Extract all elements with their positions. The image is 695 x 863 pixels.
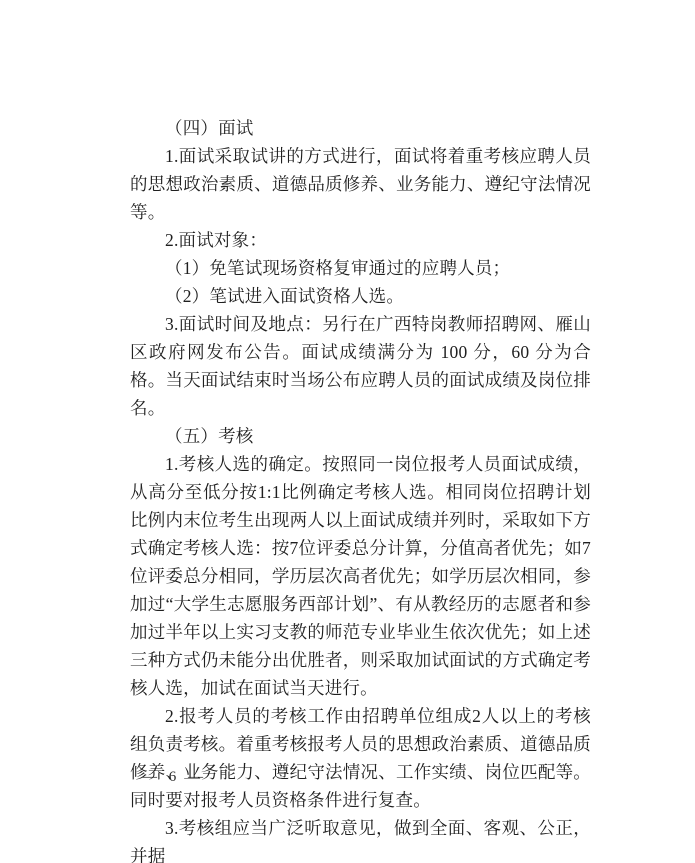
- section-heading-assessment: （五）考核: [130, 422, 591, 450]
- paragraph-interview-method: 1.面试采取试讲的方式进行，面试将着重考核应聘人员的思想政治素质、道德品质修养、…: [130, 142, 591, 226]
- paragraph-interview-targets: 2.面试对象：: [130, 226, 591, 254]
- scanned-document-page: （四）面试 1.面试采取试讲的方式进行，面试将着重考核应聘人员的思想政治素质、道…: [0, 0, 695, 863]
- paragraph-assessment-selection: 1.考核人选的确定。按照同一岗位报考人员面试成绩，从高分至低分按1:1比例确定考…: [130, 450, 591, 702]
- section-heading-interview: （四）面试: [130, 114, 591, 142]
- document-body: （四）面试 1.面试采取试讲的方式进行，面试将着重考核应聘人员的思想政治素质、道…: [130, 114, 591, 863]
- page-number: — 6 —: [142, 767, 207, 787]
- paragraph-assessment-opinions: 3.考核组应当广泛听取意见，做到全面、客观、公正，并据: [130, 814, 591, 863]
- paragraph-interview-time-place: 3.面试时间及地点：另行在广西特岗教师招聘网、雁山区政府网发布公告。面试成绩满分…: [130, 310, 591, 422]
- paragraph-interview-target-item-2: （2）笔试进入面试资格人选。: [130, 282, 591, 310]
- paragraph-assessment-group: 2.报考人员的考核工作由招聘单位组成2人以上的考核组负责考核。着重考核报考人员的…: [130, 702, 591, 814]
- paragraph-interview-target-item-1: （1）免笔试现场资格复审通过的应聘人员；: [130, 254, 591, 282]
